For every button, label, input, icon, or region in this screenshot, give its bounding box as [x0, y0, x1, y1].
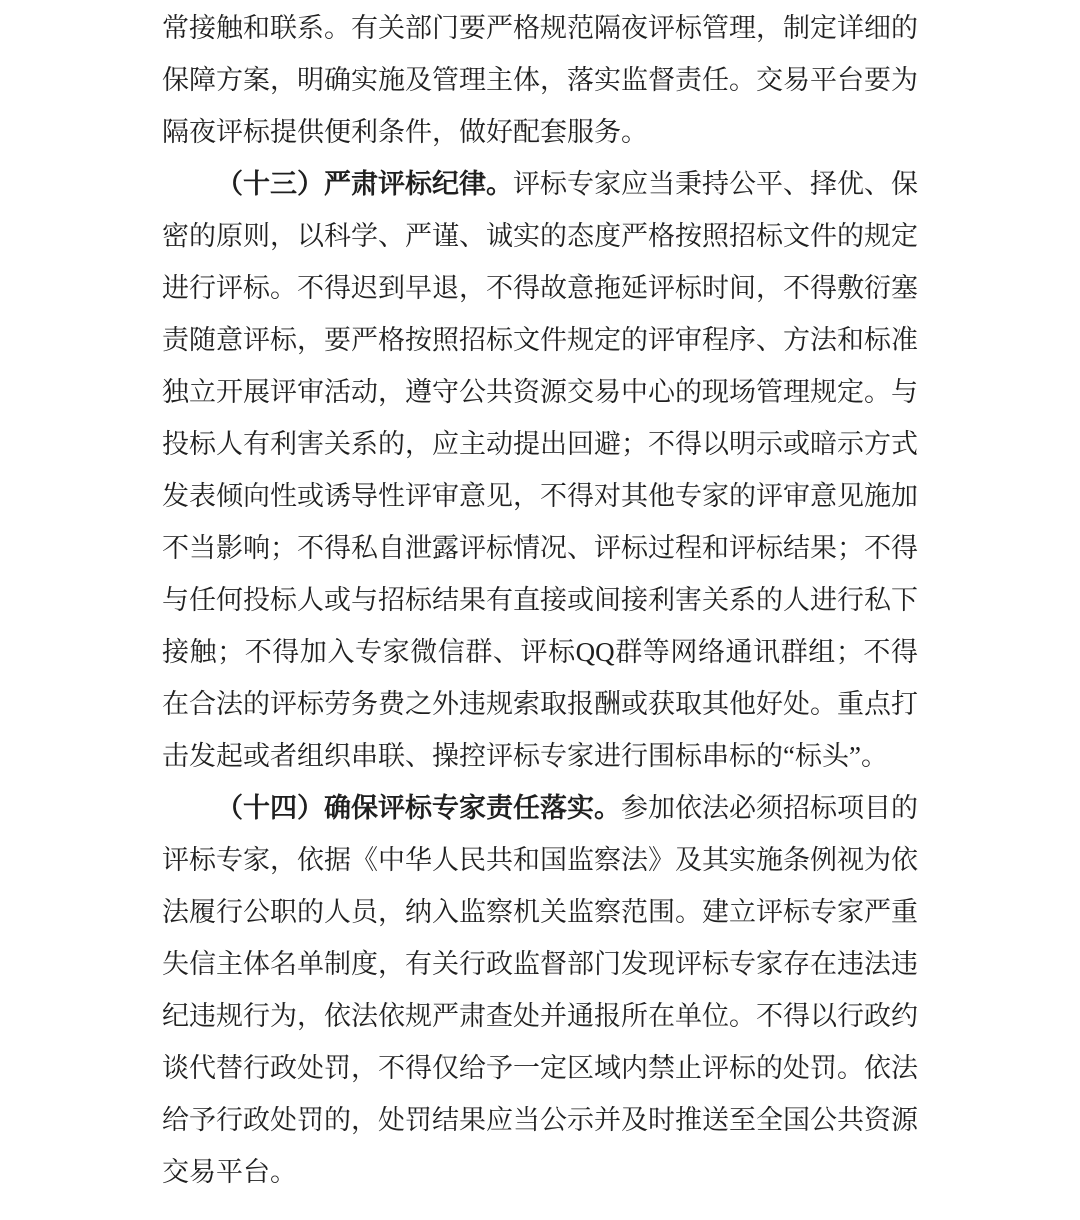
paragraph-text: 常接触和联系。有关部门要严格规范隔夜评标管理，制定详细的保障方案，明确实施及管理… [162, 13, 918, 147]
paragraph-continuation: 常接触和联系。有关部门要严格规范隔夜评标管理，制定详细的保障方案，明确实施及管理… [162, 2, 918, 158]
document-page: 常接触和联系。有关部门要严格规范隔夜评标管理，制定详细的保障方案，明确实施及管理… [162, 0, 918, 1198]
section-14-heading: （十四）确保评标专家责任落实。 [216, 793, 621, 823]
paragraph-text: 评标专家应当秉持公平、择优、保密的原则，以科学、严谨、诚实的态度严格按照招标文件… [162, 169, 918, 771]
section-13-heading: （十三）严肃评标纪律。 [216, 169, 513, 199]
paragraph-text: 参加依法必须招标项目的评标专家，依据《中华人民共和国监察法》及其实施条例视为依法… [162, 793, 918, 1187]
paragraph-section-14: （十四）确保评标专家责任落实。参加依法必须招标项目的评标专家，依据《中华人民共和… [162, 782, 918, 1198]
paragraph-section-13: （十三）严肃评标纪律。评标专家应当秉持公平、择优、保密的原则，以科学、严谨、诚实… [162, 158, 918, 782]
